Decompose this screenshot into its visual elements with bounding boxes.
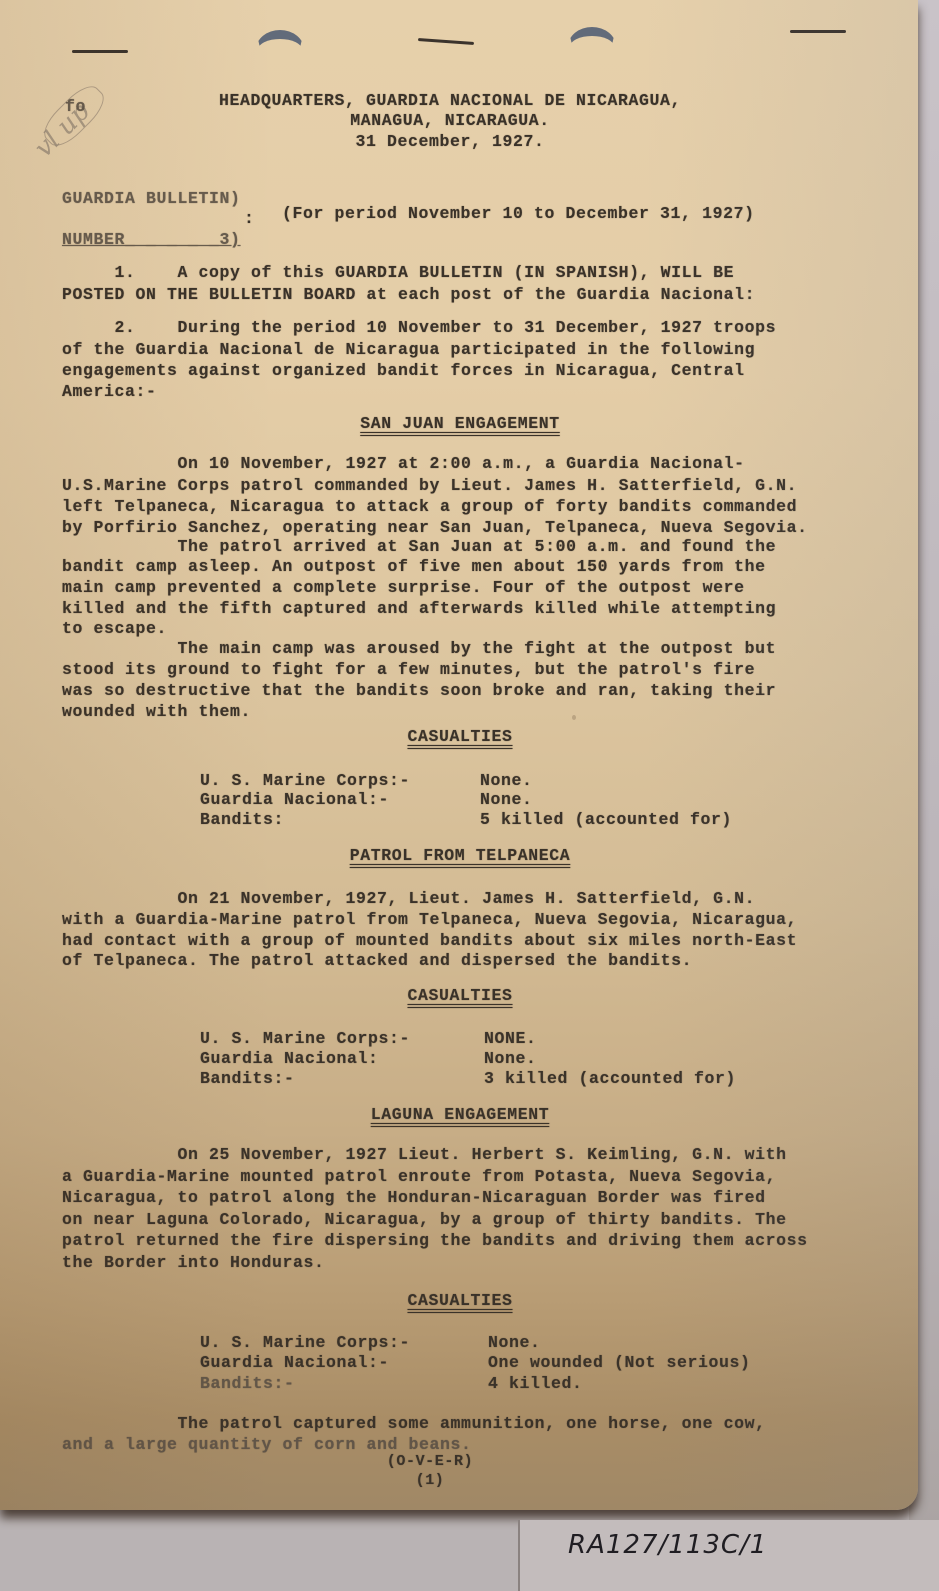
section-line: with a Guardia-Marine patrol from Telpan… xyxy=(62,909,797,932)
section-line: Nicaragua, to patrol along the Honduran-… xyxy=(62,1187,766,1210)
section-line: left Telpaneca, Nicaragua to attack a gr… xyxy=(62,496,797,519)
bulletin-colon: : xyxy=(244,208,255,231)
paragraph-line: America:- xyxy=(62,381,157,404)
punch-hole xyxy=(256,30,304,69)
section-heading: PATROL FROM TELPANECA xyxy=(150,845,770,868)
section-line: On 25 November, 1927 Lieut. Herbert S. K… xyxy=(62,1144,787,1167)
paragraph-line: 1. A copy of this GUARDIA BULLETIN (IN S… xyxy=(62,262,734,285)
section-line: On 21 November, 1927, Lieut. James H. Sa… xyxy=(62,888,755,911)
casualty-unit: Guardia Nacional:- xyxy=(200,1352,389,1375)
binder-mark xyxy=(418,38,474,45)
header-line-2: MANAGUA, NICARAGUA. xyxy=(150,110,750,133)
section-line: was so destructive that the bandits soon… xyxy=(62,680,776,703)
casualty-unit: Bandits: xyxy=(200,809,284,832)
section-line: wounded with them. xyxy=(62,701,251,724)
archive-label-card: RA127/113C/1 xyxy=(518,1520,939,1591)
casualties-heading: CASUALTIES xyxy=(150,985,770,1008)
paragraph-line: 2. During the period 10 November to 31 D… xyxy=(62,317,776,340)
binder-mark xyxy=(790,30,846,33)
casualties-heading: CASUALTIES xyxy=(150,1290,770,1313)
section-line: the Border into Honduras. xyxy=(62,1252,325,1275)
section-line: The main camp was aroused by the fight a… xyxy=(62,638,776,661)
section-line: bandit camp asleep. An outpost of five m… xyxy=(62,556,766,579)
casualty-unit: Bandits:- xyxy=(200,1068,295,1091)
punch-hole xyxy=(568,27,616,66)
casualty-result: 4 killed. xyxy=(488,1373,583,1396)
bulletin-title: GUARDIA BULLETIN) xyxy=(62,188,241,211)
typed-annotation: fo xyxy=(65,96,86,119)
paragraph-line: engagements against organized bandit for… xyxy=(62,360,745,383)
section-line: on near Laguna Colorado, Nicaragua, by a… xyxy=(62,1209,787,1232)
section-line: main camp prevented a complete surprise.… xyxy=(62,577,745,600)
section-heading: SAN JUAN ENGAGEMENT xyxy=(150,413,770,436)
document-page: vl up fo HEADQUARTERS, GUARDIA NACIONAL … xyxy=(0,0,918,1510)
casualty-unit: Bandits:- xyxy=(200,1373,295,1396)
binder-mark xyxy=(72,50,128,53)
casualty-result: 5 killed (accounted for) xyxy=(480,809,732,832)
section-line: a Guardia-Marine mounted patrol enroute … xyxy=(62,1166,776,1189)
casualty-result: One wounded (Not serious) xyxy=(488,1352,751,1375)
page-number: (1) xyxy=(330,1470,530,1493)
section-line: patrol returned the fire dispersing the … xyxy=(62,1230,808,1253)
ink-dot xyxy=(572,715,576,720)
section-line: On 10 November, 1927 at 2:00 a.m., a Gua… xyxy=(62,453,745,476)
section-line: stood its ground to fight for a few minu… xyxy=(62,659,755,682)
bulletin-period: (For period November 10 to December 31, … xyxy=(282,203,755,226)
section-heading: LAGUNA ENGAGEMENT xyxy=(150,1104,770,1127)
header-date: 31 December, 1927. xyxy=(150,131,750,154)
section-line: killed and the fifth captured and afterw… xyxy=(62,598,776,621)
paragraph-line: of the Guardia Nacional de Nicaragua par… xyxy=(62,339,755,362)
archive-reference: RA127/113C/1 xyxy=(568,1530,767,1560)
casualties-heading: CASUALTIES xyxy=(150,726,770,749)
bulletin-number: NUMBER_ _ _ _ _3) xyxy=(62,229,241,252)
closing-line: The patrol captured some ammunition, one… xyxy=(62,1413,766,1436)
paragraph-line: POSTED ON THE BULLETIN BOARD at each pos… xyxy=(62,284,755,307)
casualty-result: 3 killed (accounted for) xyxy=(484,1068,736,1091)
section-line: of Telpaneca. The patrol attacked and di… xyxy=(62,950,692,973)
section-line: U.S.Marine Corps patrol commanded by Lie… xyxy=(62,475,797,498)
